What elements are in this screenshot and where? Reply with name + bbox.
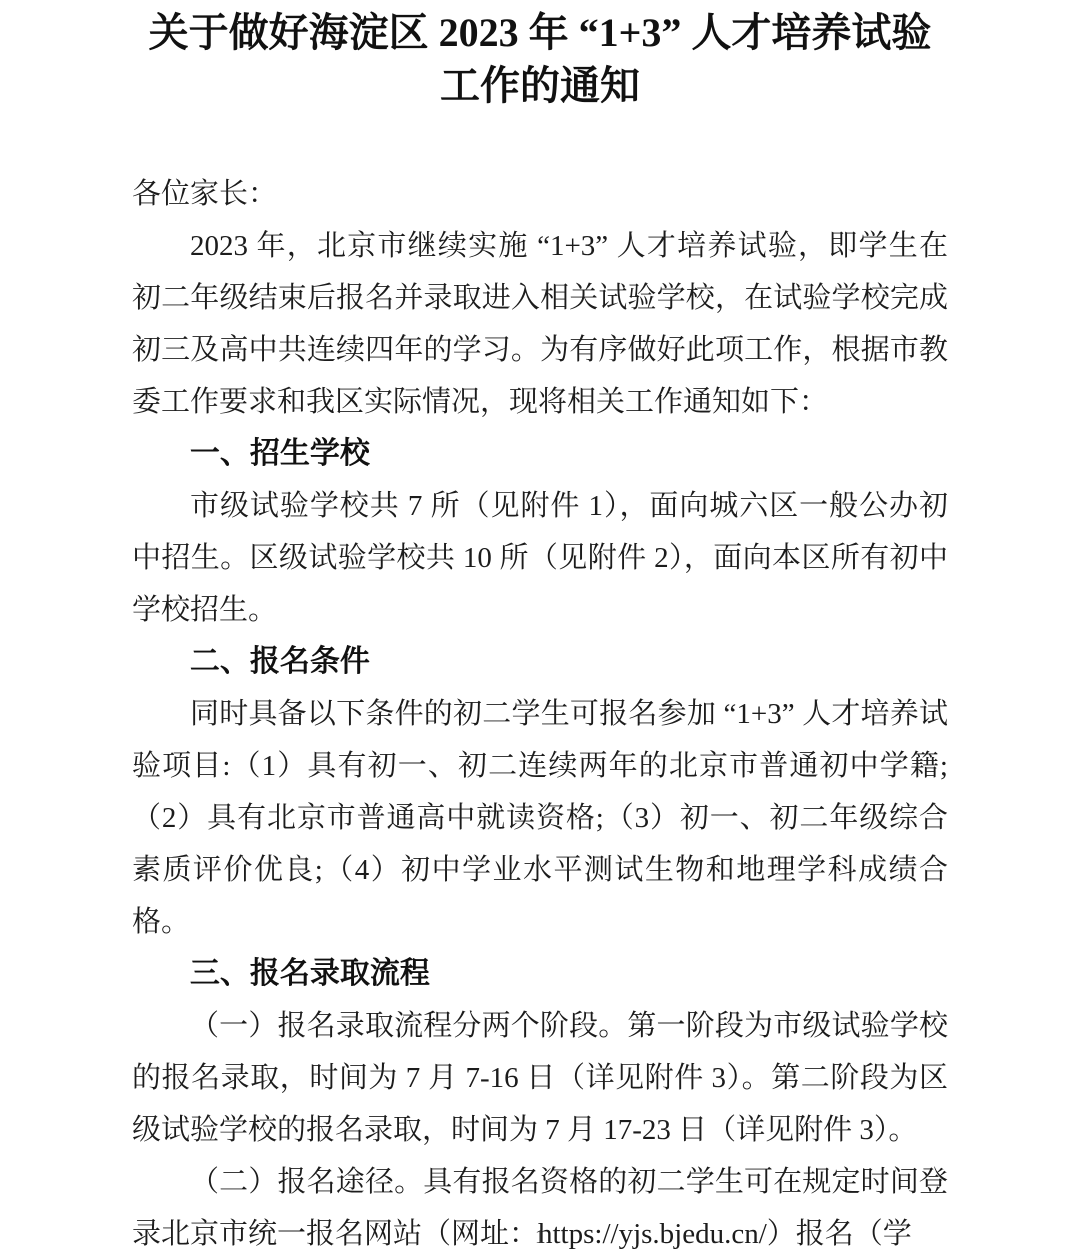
heading-section-1-schools: 一、招生学校 <box>132 428 948 480</box>
paragraph-intro: 2023 年，北京市继续实施 “1+3” 人才培养试验，即学生在初二年级结束后报… <box>132 220 948 428</box>
document-page: 关于做好海淀区 2023 年 “1+3” 人才培养试验 工作的通知 各位家长： … <box>0 0 1080 1257</box>
paragraph-process-stages: （一）报名录取流程分两个阶段。第一阶段为市级试验学校的报名录取，时间为 7 月 … <box>132 1000 948 1156</box>
paragraph-conditions: 同时具备以下条件的初二学生可报名参加 “1+3” 人才培养试验项目:（1）具有初… <box>132 688 948 948</box>
document-body: 各位家长： 2023 年，北京市继续实施 “1+3” 人才培养试验，即学生在初二… <box>132 168 948 1257</box>
page-footer: 1 <box>0 1225 1080 1249</box>
page-number: 1 <box>535 1226 545 1248</box>
heading-section-2-conditions: 二、报名条件 <box>132 636 948 688</box>
title-line-2: 工作的通知 <box>60 59 1020 112</box>
paragraph-schools: 市级试验学校共 7 所（见附件 1），面向城六区一般公办初中招生。区级试验学校共… <box>132 480 948 636</box>
heading-section-3-process: 三、报名录取流程 <box>132 948 948 1000</box>
document-title: 关于做好海淀区 2023 年 “1+3” 人才培养试验 工作的通知 <box>60 6 1020 112</box>
salutation: 各位家长： <box>132 168 948 220</box>
title-line-1: 关于做好海淀区 2023 年 “1+3” 人才培养试验 <box>60 6 1020 59</box>
